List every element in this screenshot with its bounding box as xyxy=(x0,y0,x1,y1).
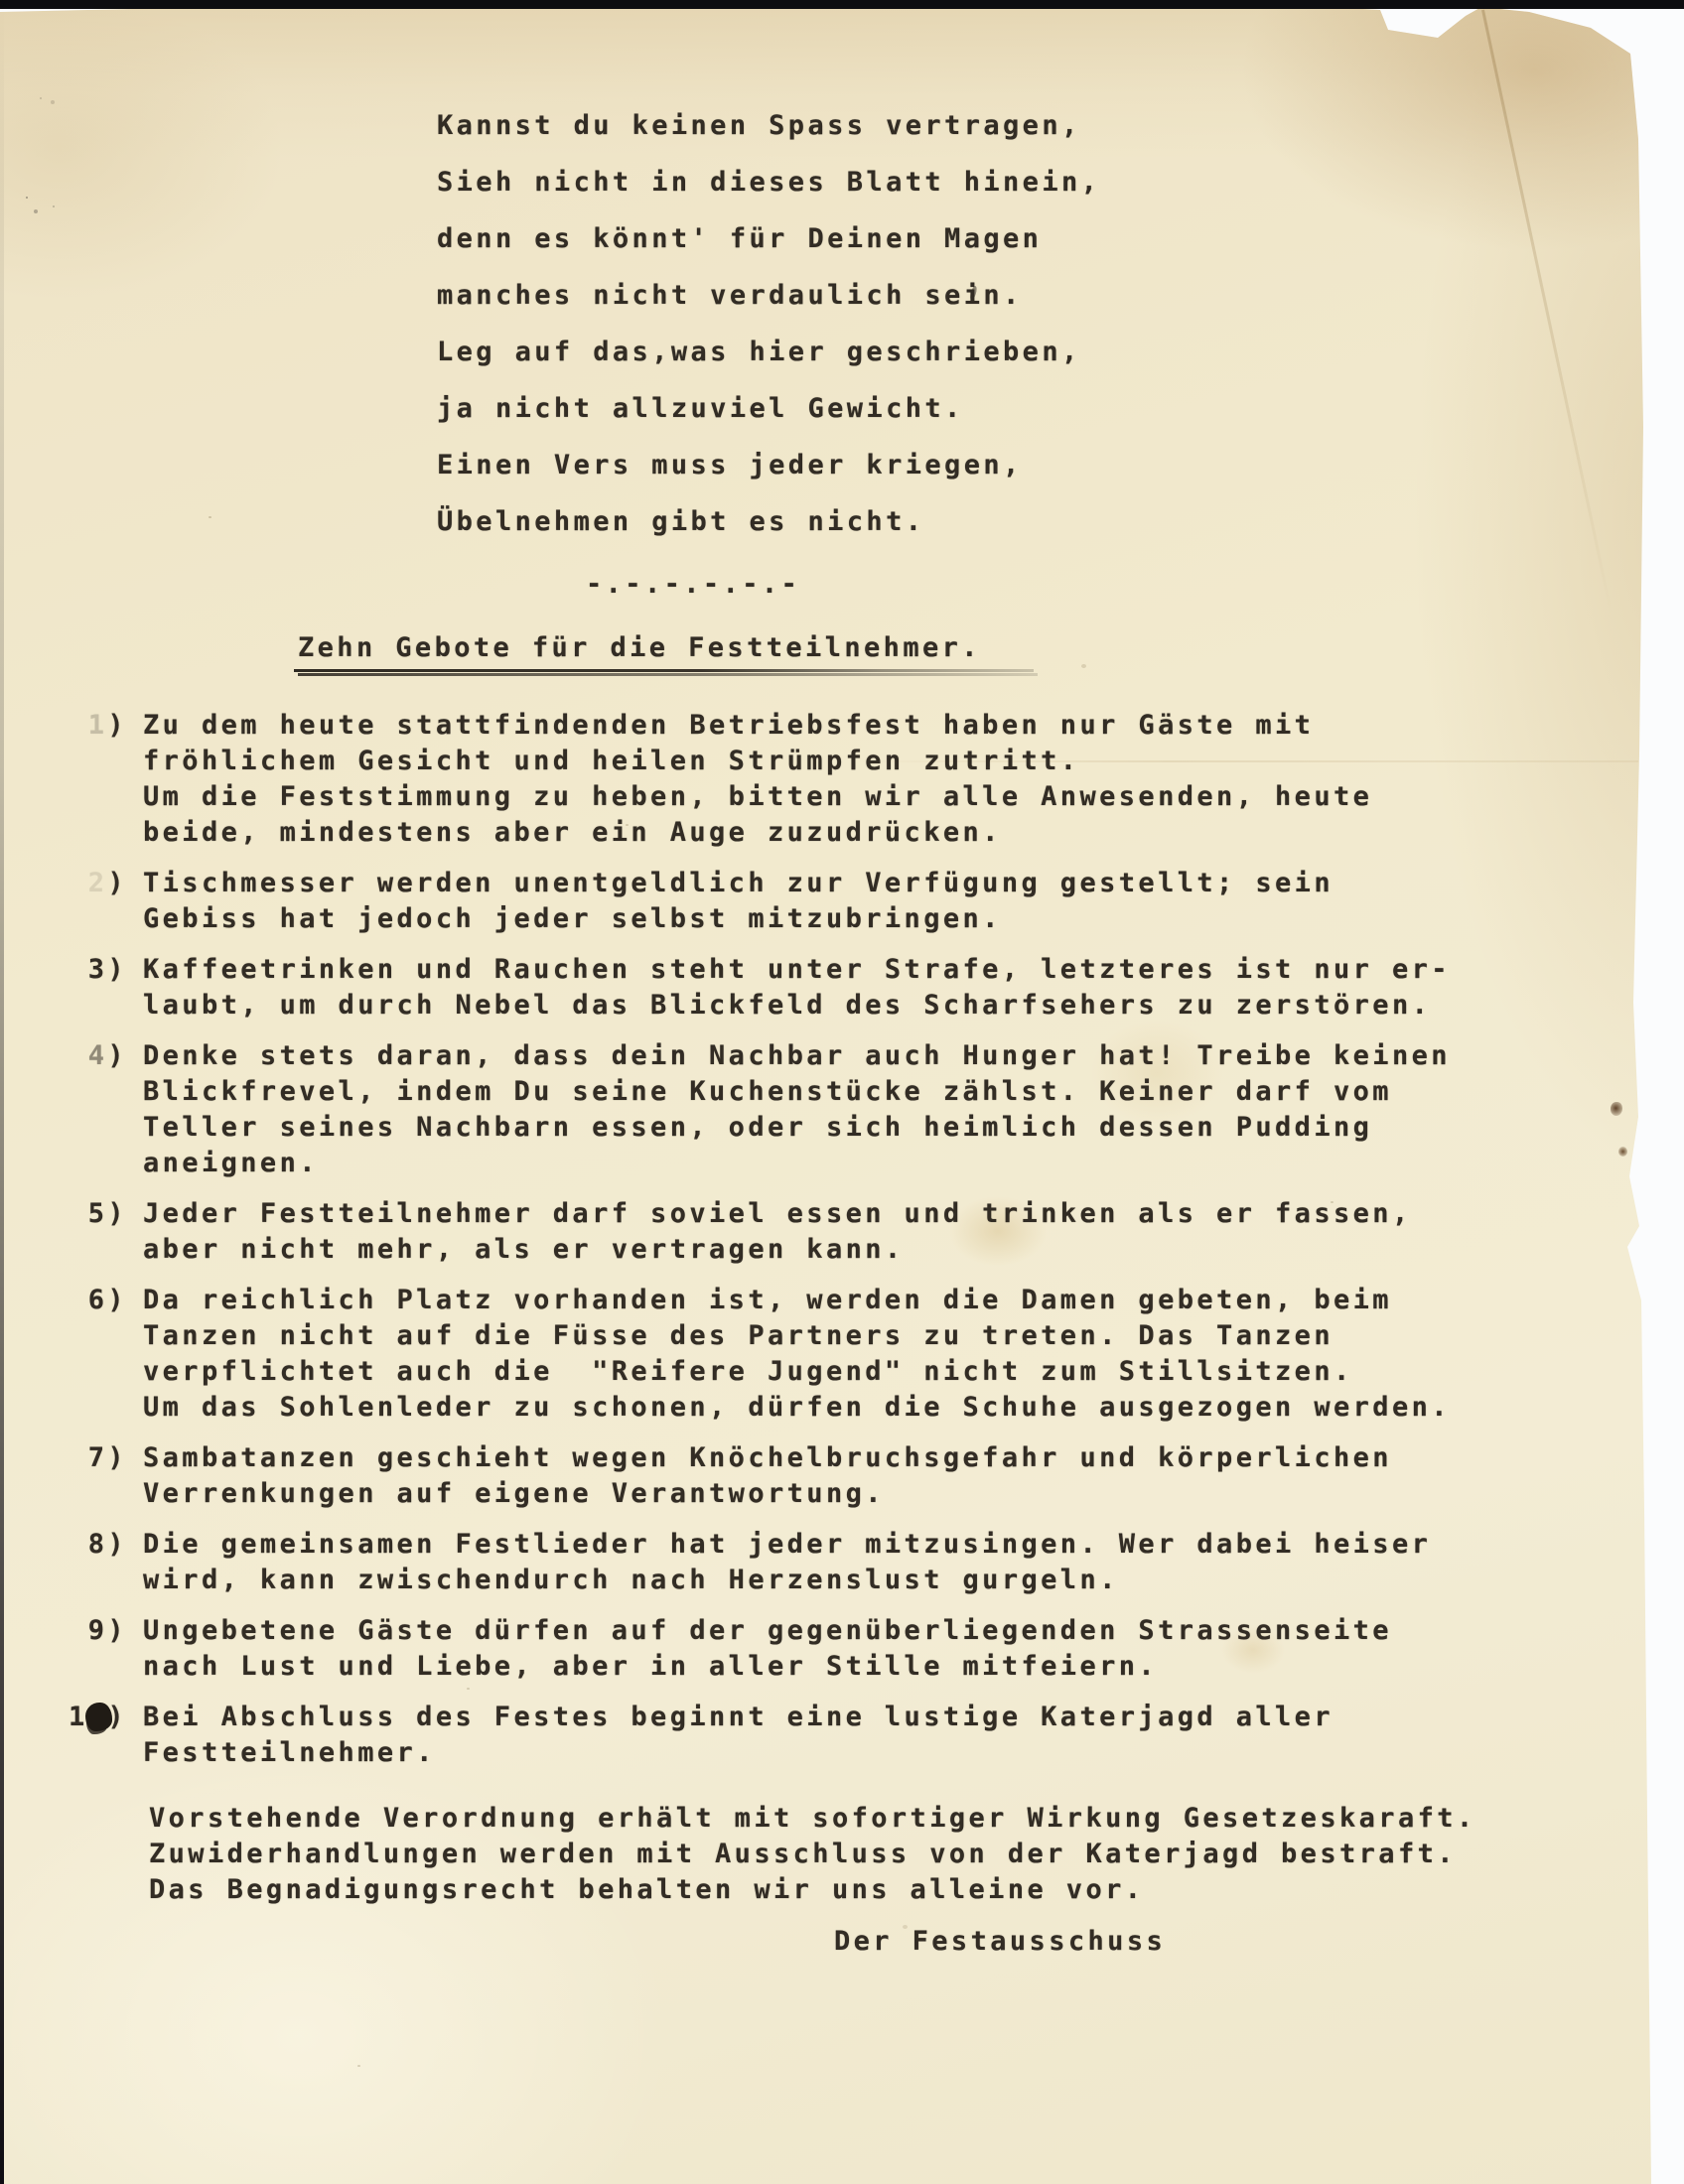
item-text: Bei Abschluss des Festes beginnt eine lu… xyxy=(143,1700,1684,1771)
signature-line: Der Festausschuss xyxy=(834,1924,1684,1960)
item-number: 9) xyxy=(62,1613,127,1649)
item-text-line: Festteilnehmer. xyxy=(143,1735,1684,1771)
item-text-line: Tanzen nicht auf die Füsse des Partners … xyxy=(143,1318,1684,1354)
item-text-line: Da reichlich Platz vorhanden ist, werden… xyxy=(143,1283,1684,1318)
item-text: Denke stets daran, dass dein Nachbar auc… xyxy=(143,1038,1684,1181)
item-text-line: Um das Sohlenleder zu schonen, dürfen di… xyxy=(143,1390,1684,1426)
item-text-line: Die gemeinsamen Festlieder hat jeder mit… xyxy=(143,1527,1684,1563)
poem-line: Leg auf das,was hier geschrieben, xyxy=(437,324,1684,380)
item-text-line: aneignen. xyxy=(143,1146,1684,1181)
poem-line: denn es könnt' für Deinen Magen xyxy=(437,210,1684,267)
item-text: Kaffeetrinken und Rauchen steht unter St… xyxy=(143,952,1684,1024)
closing-paragraph: Vorstehende Verordnung erhält mit sofort… xyxy=(149,1801,1684,1908)
section-divider: -.-.-.-.-.- xyxy=(586,570,1684,600)
list-item: 9)Ungebetene Gäste dürfen auf der gegenü… xyxy=(62,1613,1684,1685)
item-number: 10) xyxy=(62,1700,127,1735)
item-text-line: Kaffeetrinken und Rauchen steht unter St… xyxy=(143,952,1684,988)
heading-underline xyxy=(294,669,1034,676)
item-number-digit: 2 xyxy=(88,866,108,901)
item-text-line: Um die Feststimmung zu heben, bitten wir… xyxy=(143,779,1684,815)
item-number-digit: 4 xyxy=(88,1038,108,1074)
item-number-digit: 1 xyxy=(88,708,108,744)
item-text-line: Ungebetene Gäste dürfen auf der gegenübe… xyxy=(143,1613,1684,1649)
commandments-list: 1)Zu dem heute stattfindenden Betriebsfe… xyxy=(0,708,1684,1771)
item-text-line: Tischmesser werden unentgeldlich zur Ver… xyxy=(143,866,1684,901)
item-text: Da reichlich Platz vorhanden ist, werden… xyxy=(143,1283,1684,1426)
item-number: 2) xyxy=(62,866,127,901)
item-text-line: Sambatanzen geschieht wegen Knöchelbruch… xyxy=(143,1440,1684,1476)
closing-text-line: Zuwiderhandlungen werden mit Ausschluss … xyxy=(149,1837,1684,1872)
item-number: 4) xyxy=(62,1038,127,1074)
item-text-line: nach Lust und Liebe, aber in aller Still… xyxy=(143,1649,1684,1685)
item-number-digit: 9 xyxy=(88,1613,108,1649)
item-text: Sambatanzen geschieht wegen Knöchelbruch… xyxy=(143,1440,1684,1512)
poem: Kannst du keinen Spass vertragen,Sieh ni… xyxy=(437,97,1684,550)
list-item: 2)Tischmesser werden unentgeldlich zur V… xyxy=(62,866,1684,937)
item-text: Ungebetene Gäste dürfen auf der gegenübe… xyxy=(143,1613,1684,1685)
item-number: 6) xyxy=(62,1283,127,1318)
list-item: 7)Sambatanzen geschieht wegen Knöchelbru… xyxy=(62,1440,1684,1512)
paper-sheet: Kannst du keinen Spass vertragen,Sieh ni… xyxy=(0,0,1684,2184)
item-text-line: Bei Abschluss des Festes beginnt eine lu… xyxy=(143,1700,1684,1735)
item-text: Jeder Festteilnehmer darf soviel essen u… xyxy=(143,1196,1684,1268)
poem-line: Übelnehmen gibt es nicht. xyxy=(437,493,1684,550)
item-text-line: aber nicht mehr, als er vertragen kann. xyxy=(143,1232,1684,1268)
list-item: 10)Bei Abschluss des Festes beginnt eine… xyxy=(62,1700,1684,1771)
section-heading: Zehn Gebote für die Festteilnehmer. xyxy=(298,632,981,663)
item-number-digit: 5 xyxy=(88,1196,108,1232)
poem-line: Einen Vers muss jeder kriegen, xyxy=(437,437,1684,493)
list-item: 3)Kaffeetrinken und Rauchen steht unter … xyxy=(62,952,1684,1024)
item-number: 1) xyxy=(62,708,127,744)
item-number-digit: 8 xyxy=(88,1527,108,1563)
scanner-edge-bar xyxy=(0,0,1684,9)
item-text-line: laubt, um durch Nebel das Blickfeld des … xyxy=(143,988,1684,1024)
list-item: 5)Jeder Festteilnehmer darf soviel essen… xyxy=(62,1196,1684,1268)
list-item: 4)Denke stets daran, dass dein Nachbar a… xyxy=(62,1038,1684,1181)
poem-line: manches nicht verdaulich sein. xyxy=(437,267,1684,324)
item-text-line: beide, mindestens aber ein Auge zuzudrüc… xyxy=(143,815,1684,851)
list-item: 1)Zu dem heute stattfindenden Betriebsfe… xyxy=(62,708,1684,851)
section-heading-row: Zehn Gebote für die Festteilnehmer. xyxy=(298,631,1684,668)
item-text-line: Denke stets daran, dass dein Nachbar auc… xyxy=(143,1038,1684,1074)
item-text: Tischmesser werden unentgeldlich zur Ver… xyxy=(143,866,1684,937)
poem-line: ja nicht allzuviel Gewicht. xyxy=(437,380,1684,437)
poem-line: Sieh nicht in dieses Blatt hinein, xyxy=(437,154,1684,210)
closing-text-line: Vorstehende Verordnung erhält mit sofort… xyxy=(149,1801,1684,1837)
list-item: 8)Die gemeinsamen Festlieder hat jeder m… xyxy=(62,1527,1684,1598)
item-text-line: fröhlichem Gesicht und heilen Strümpfen … xyxy=(143,744,1684,779)
item-text-line: Teller seines Nachbarn essen, oder sich … xyxy=(143,1110,1684,1146)
item-number-digit: 6 xyxy=(88,1283,108,1318)
item-text-line: Blickfrevel, indem Du seine Kuchenstücke… xyxy=(143,1074,1684,1110)
list-item: 6)Da reichlich Platz vorhanden ist, werd… xyxy=(62,1283,1684,1426)
item-number: 5) xyxy=(62,1196,127,1232)
item-number: 3) xyxy=(62,952,127,988)
poem-line: Kannst du keinen Spass vertragen, xyxy=(437,97,1684,154)
typewritten-content: Kannst du keinen Spass vertragen,Sieh ni… xyxy=(0,0,1684,1960)
closing-text-line: Das Begnadigungsrecht behalten wir uns a… xyxy=(149,1872,1684,1908)
item-text-line: Jeder Festteilnehmer darf soviel essen u… xyxy=(143,1196,1684,1232)
item-number: 8) xyxy=(62,1527,127,1563)
item-text-line: wird, kann zwischendurch nach Herzenslus… xyxy=(143,1563,1684,1598)
scanner-edge-left xyxy=(0,0,4,2184)
item-number: 7) xyxy=(62,1440,127,1476)
item-text-line: Gebiss hat jedoch jeder selbst mitzubrin… xyxy=(143,901,1684,937)
item-text-line: verpflichtet auch die "Reifere Jugend" n… xyxy=(143,1354,1684,1390)
item-text: Die gemeinsamen Festlieder hat jeder mit… xyxy=(143,1527,1684,1598)
item-number-digit: 7 xyxy=(88,1440,108,1476)
item-number-digit: 3 xyxy=(88,952,108,988)
item-text-line: Verrenkungen auf eigene Verantwortung. xyxy=(143,1476,1684,1512)
item-text: Zu dem heute stattfindenden Betriebsfest… xyxy=(143,708,1684,851)
scan-background: { "document": { "poem": { "lines": [ "Ka… xyxy=(0,0,1684,2184)
underline-stroke xyxy=(298,673,1038,676)
ink-blot-icon xyxy=(85,1703,112,1731)
item-text-line: Zu dem heute stattfindenden Betriebsfest… xyxy=(143,708,1684,744)
underline-stroke xyxy=(294,669,1034,672)
